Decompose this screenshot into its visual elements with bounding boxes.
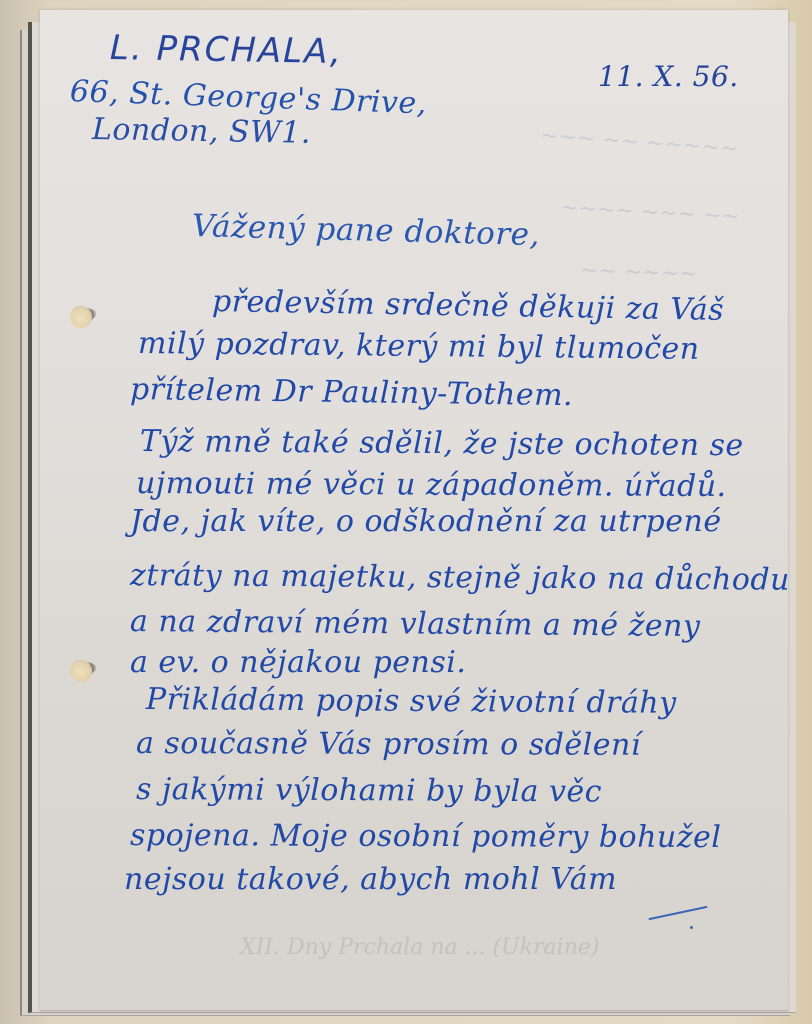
letter-date: 11. X. 56. <box>598 60 739 93</box>
punch-hole-top <box>70 306 92 328</box>
body-line: přítelem Dr Pauliny-Tothem. <box>130 372 574 413</box>
body-line: s jakými výlohami by byla věc <box>136 772 602 809</box>
punch-hole-bottom <box>70 660 92 682</box>
bleed-through-scribble: ~~~ ~~ ~~~~~ <box>539 123 739 162</box>
bleed-through-scribble: ~~ ~~~~ <box>580 258 698 287</box>
bleed-through-scribble: ~~~~ ~~~ ~~ <box>559 195 740 229</box>
sender-name: L. PRCHALA, <box>110 28 344 72</box>
body-line: Přikládám popis své životní dráhy <box>146 682 677 721</box>
body-line: ujmouti mé věci u západoněm. úřadů. <box>136 466 727 504</box>
body-line: Jde, jak víte, o odškodnění za utrpené <box>130 504 722 539</box>
sender-city: London, SW1. <box>92 112 312 151</box>
bleed-through-text: XII. Dny Prchala na ... (Ukraine) <box>240 935 599 960</box>
body-line: a současně Vás prosím o sdělení <box>136 726 641 763</box>
body-line: nejsou takové, abych mohl Vám <box>124 862 617 897</box>
body-line: spojena. Moje osobní poměry bohužel <box>130 818 722 855</box>
continuation-dot <box>690 926 693 929</box>
body-line: ztráty na majetku, stejně jako na důchod… <box>130 558 790 598</box>
body-line: a na zdraví mém vlastním a mé ženy <box>130 604 701 644</box>
body-line: a ev. o nějakou pensi. <box>130 645 466 680</box>
body-line: milý pozdrav, který mi byl tlumočen <box>138 326 700 367</box>
body-line: Týž mně také sdělil, že jste ochoten se <box>140 424 744 463</box>
